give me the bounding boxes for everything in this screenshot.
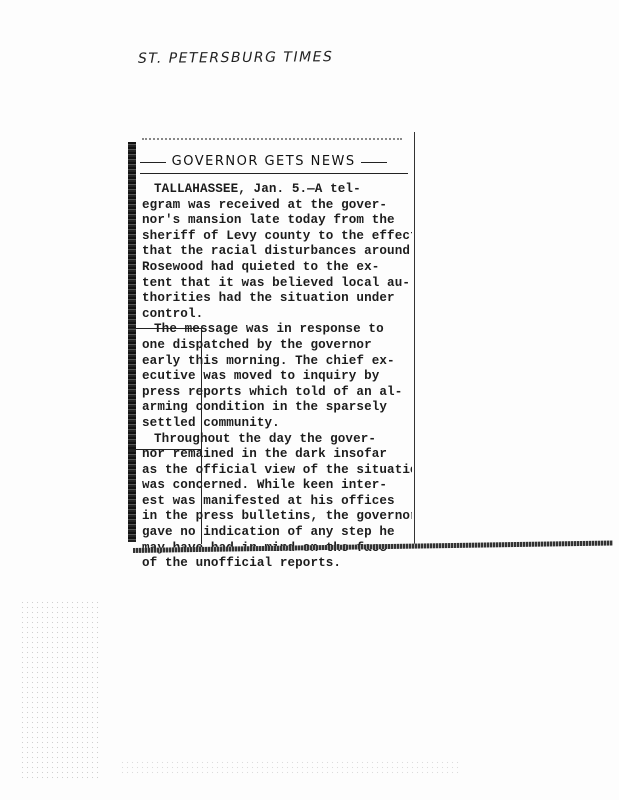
article-line: nor remained in the dark insofar bbox=[142, 447, 412, 463]
article-line: was concerned. While keen inter- bbox=[142, 478, 412, 494]
article-line: one dispatched by the governor bbox=[142, 338, 412, 354]
article-line: that the racial disturbances around bbox=[142, 244, 412, 260]
article-line: egram was received at the gover- bbox=[142, 198, 412, 214]
article-line: Throughout the day the gover- bbox=[142, 432, 412, 448]
article-line: arming condition in the sparsely bbox=[142, 400, 412, 416]
article-line: control. bbox=[142, 307, 412, 323]
article-line: Rosewood had quieted to the ex- bbox=[142, 260, 412, 276]
article-line: ecutive was moved to inquiry by bbox=[142, 369, 412, 385]
article-line: as the official view of the situation bbox=[142, 463, 412, 479]
source-annotation: ST. PETERSBURG TIMES bbox=[138, 49, 333, 67]
article-line: early this morning. The chief ex- bbox=[142, 354, 412, 370]
article-line: in the press bulletins, the governor bbox=[142, 509, 412, 525]
article-line: sheriff of Levy county to the effect bbox=[142, 229, 412, 245]
article-line: settled community. bbox=[142, 416, 412, 432]
article-line: est was manifested at his offices bbox=[142, 494, 412, 510]
scan-noise bbox=[142, 138, 402, 154]
column-rule bbox=[414, 132, 415, 544]
scan-noise bbox=[20, 600, 100, 780]
article-line: gave no indication of any step he bbox=[142, 525, 412, 541]
newspaper-clipping: GOVERNOR GETS NEWS TALLAHASSEE, Jan. 5.—… bbox=[128, 132, 415, 552]
article-line: thorities had the situation under bbox=[142, 291, 412, 307]
article-body: TALLAHASSEE, Jan. 5.—A tel-egram was rec… bbox=[142, 182, 412, 572]
article-line: The message was in response to bbox=[142, 322, 412, 338]
article-line: TALLAHASSEE, Jan. 5.—A tel- bbox=[142, 182, 412, 198]
article-headline: GOVERNOR GETS NEWS bbox=[140, 154, 408, 174]
article-line: nor's mansion late today from the bbox=[142, 213, 412, 229]
headline-text: GOVERNOR GETS NEWS bbox=[172, 154, 356, 169]
article-line: press reports which told of an al- bbox=[142, 385, 412, 401]
article-line: tent that it was believed local au- bbox=[142, 276, 412, 292]
scan-noise bbox=[120, 760, 460, 774]
article-line: of the unofficial reports. bbox=[142, 556, 412, 572]
